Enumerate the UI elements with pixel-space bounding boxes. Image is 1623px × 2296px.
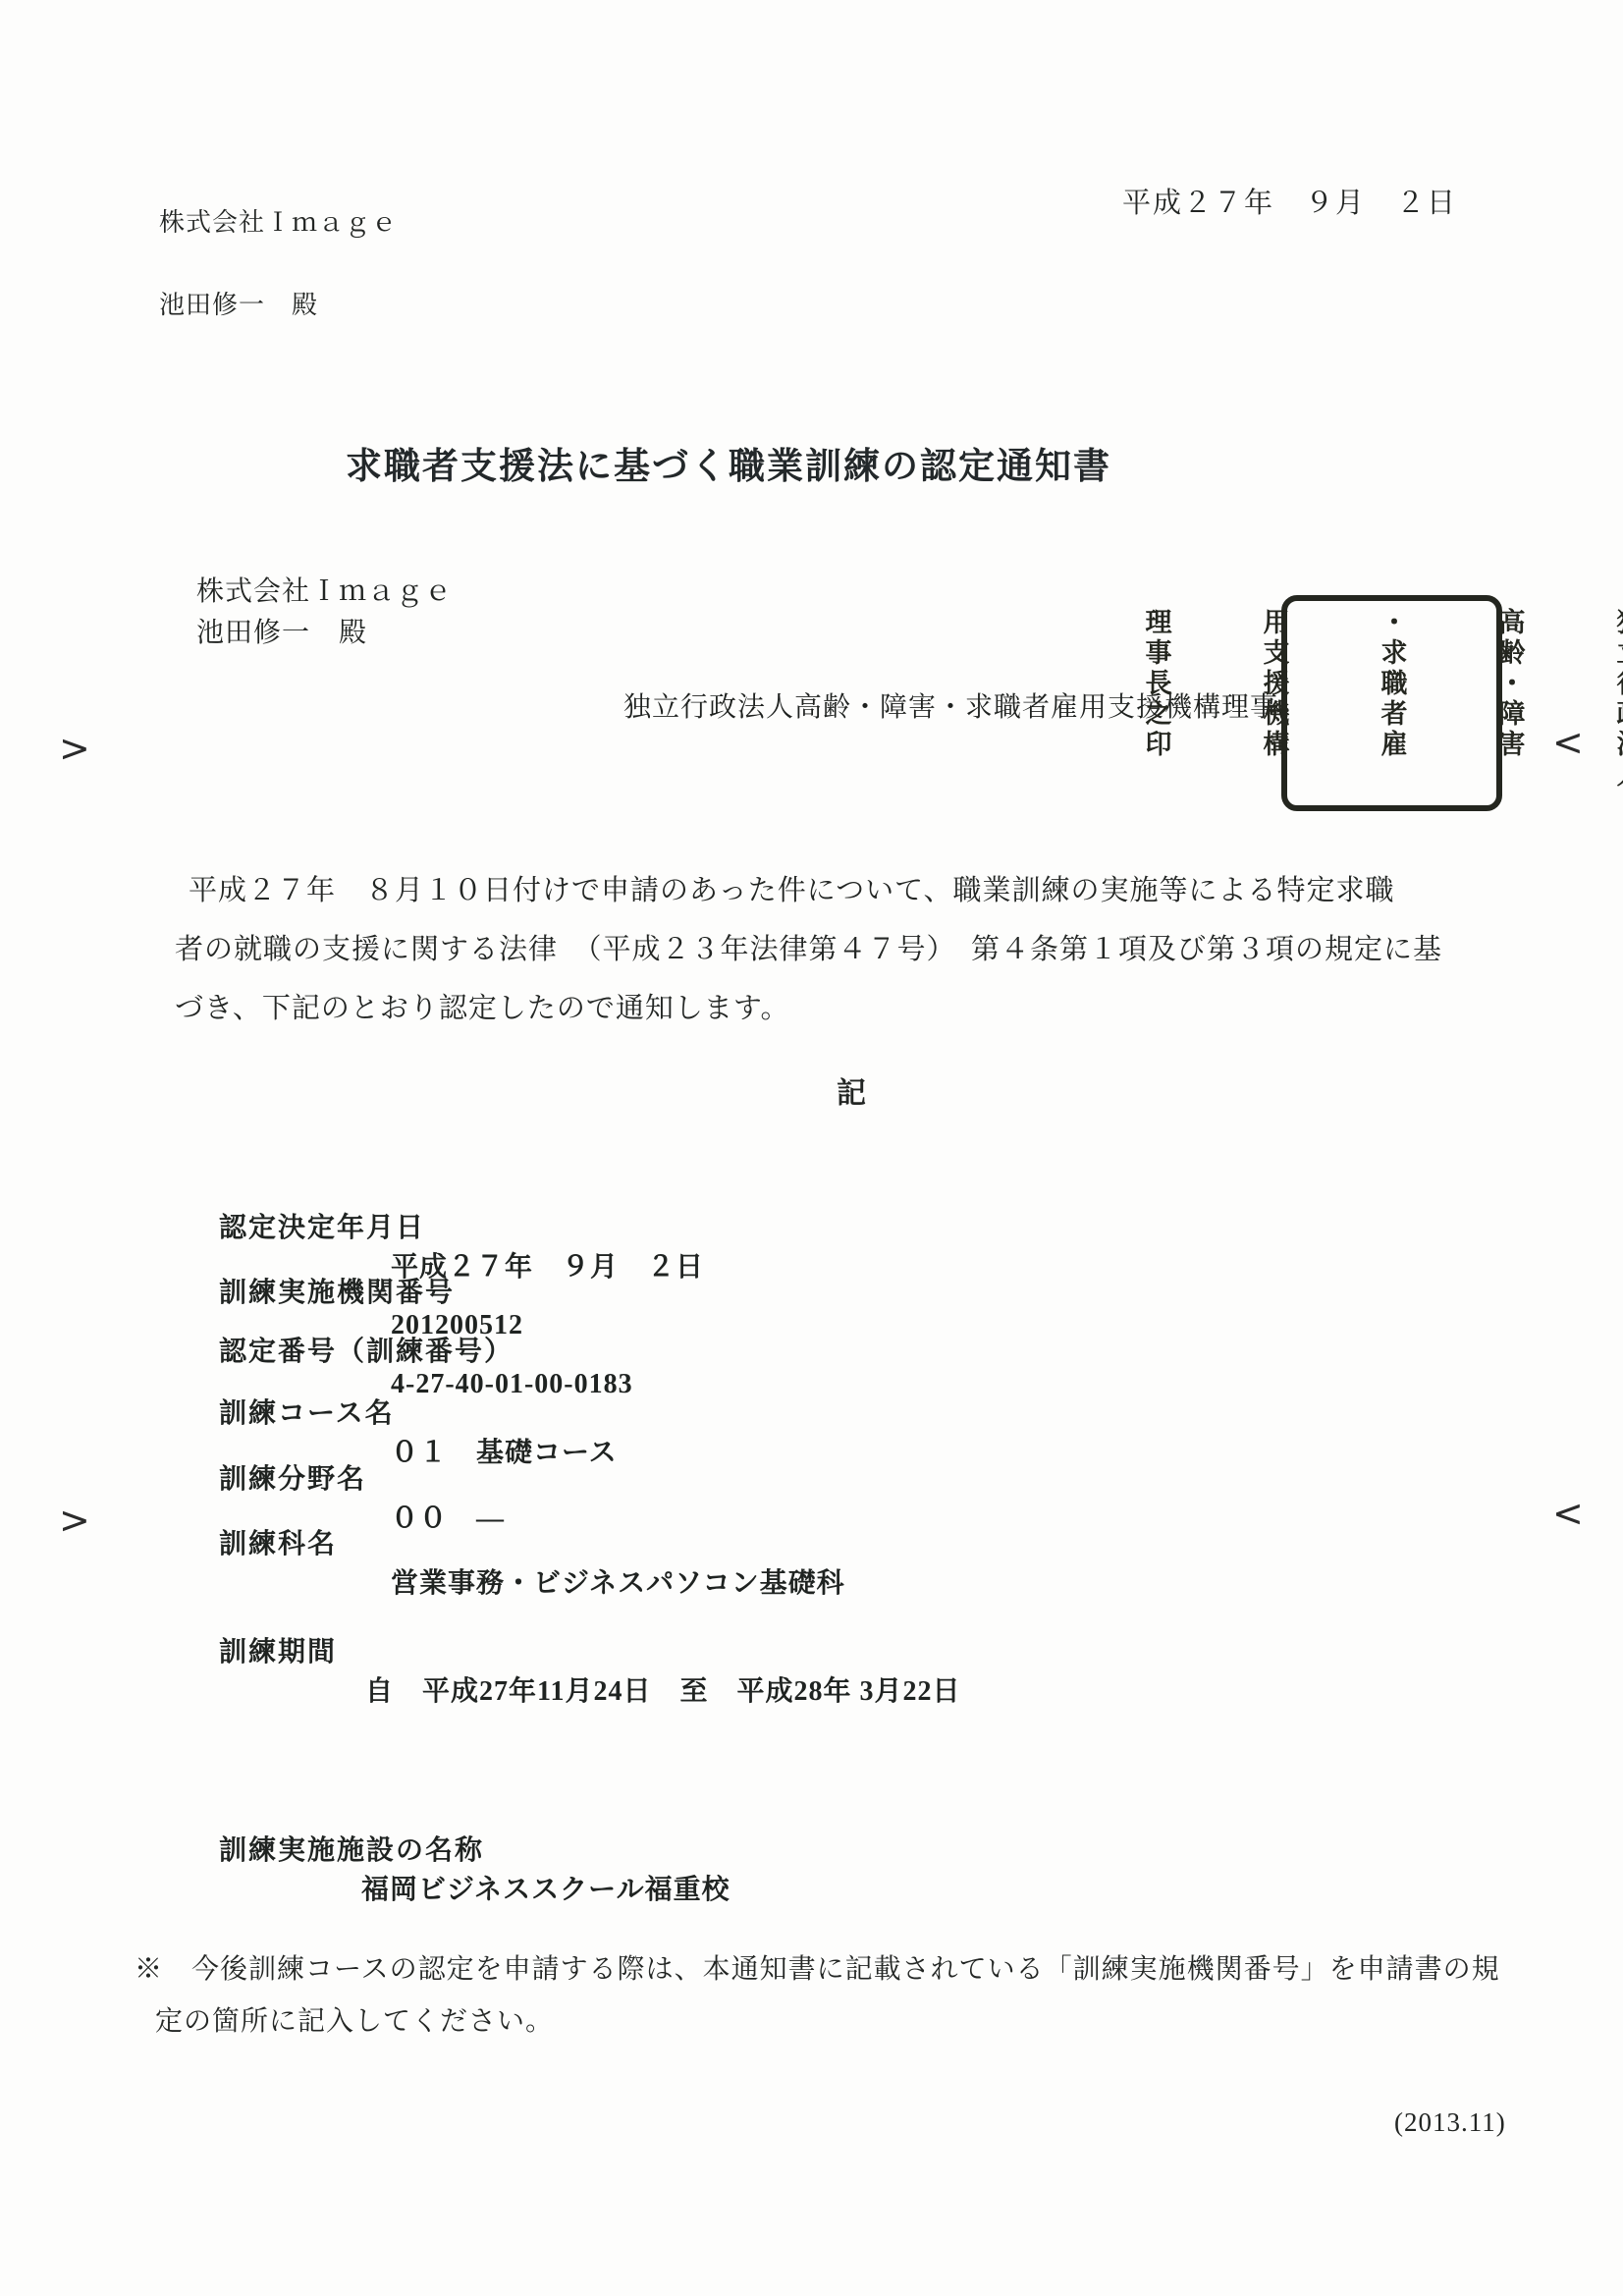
- document-title: 求職者支援法に基づく職業訓練の認定通知書: [346, 436, 1111, 489]
- addressee-company-top: 株式会社Ｉｍａｇｅ: [159, 202, 398, 239]
- detail-value: 自 平成27年11月24日 至 平成28年 3月22日: [365, 1669, 960, 1709]
- detail-label: 訓練コース名: [219, 1398, 395, 1429]
- seal-column: 用支援機構: [1255, 608, 1294, 798]
- detail-row-training-period: 訓練期間 自 平成27年11月24日 至 平成28年 3月22日: [191, 1599, 1488, 1732]
- form-revision-code: (2013.11): [1394, 2107, 1506, 2138]
- detail-label: 訓練科名: [219, 1529, 337, 1559]
- seal-text: 独立行政法人 高齢・障害 ・求職者雇 用支援機構 理事長之印: [1058, 608, 1623, 798]
- record-marker: 記: [837, 1068, 868, 1112]
- detail-value: 福岡ビジネススクール福重校: [361, 1868, 730, 1907]
- footnote-line: ※ 今後訓練コースの認定を申請する際は、本通知書に記載されている「訓練実施機関番…: [135, 1947, 1500, 1987]
- addressee-company: 株式会社Ｉｍａｇｅ: [196, 570, 453, 609]
- seal-column: 高齢・障害: [1490, 608, 1530, 798]
- scan-registration-mark-left: >: [59, 1499, 90, 1542]
- seal-column: 理事長之印: [1137, 608, 1176, 798]
- detail-label: 訓練期間: [219, 1637, 337, 1667]
- seal-column: ・求職者雇: [1373, 608, 1412, 798]
- body-paragraph-line: 者の就職の支援に関する法律 （平成２３年法律第４７号） 第４条第１項及び第３項の…: [175, 927, 1442, 967]
- scan-registration-mark-right: <: [1552, 1492, 1584, 1535]
- addressee-person: 池田修一 殿: [196, 611, 367, 650]
- addressee-person-top: 池田修一 殿: [159, 285, 318, 321]
- body-paragraph-line: づき、下記のとおり認定したので通知します。: [175, 986, 790, 1026]
- scan-registration-mark-left: >: [59, 727, 90, 770]
- document-page: 平成２７年 ９月 ２日 株式会社Ｉｍａｇｅ 池田修一 殿 求職者支援法に基づく職…: [0, 0, 1623, 2296]
- seal-column: 独立行政法人: [1608, 608, 1623, 798]
- detail-label: 訓練実施施設の名称: [219, 1835, 484, 1866]
- detail-row-facility-name: 訓練実施施設の名称 福岡ビジネススクール福重校: [191, 1797, 1488, 1931]
- issue-date: 平成２７年 ９月 ２日: [1122, 181, 1457, 221]
- scan-registration-mark-right: <: [1552, 721, 1584, 764]
- official-seal-stamp: 独立行政法人 高齢・障害 ・求職者雇 用支援機構 理事長之印: [1281, 595, 1502, 811]
- footnote-line: 定の箇所に記入してください。: [155, 1999, 554, 2039]
- detail-value: 営業事務・ビジネスパソコン基礎科: [391, 1561, 845, 1601]
- body-paragraph-line: 平成２７年 ８月１０日付けで申請のあった件について、職業訓練の実施等による特定求…: [175, 868, 1395, 908]
